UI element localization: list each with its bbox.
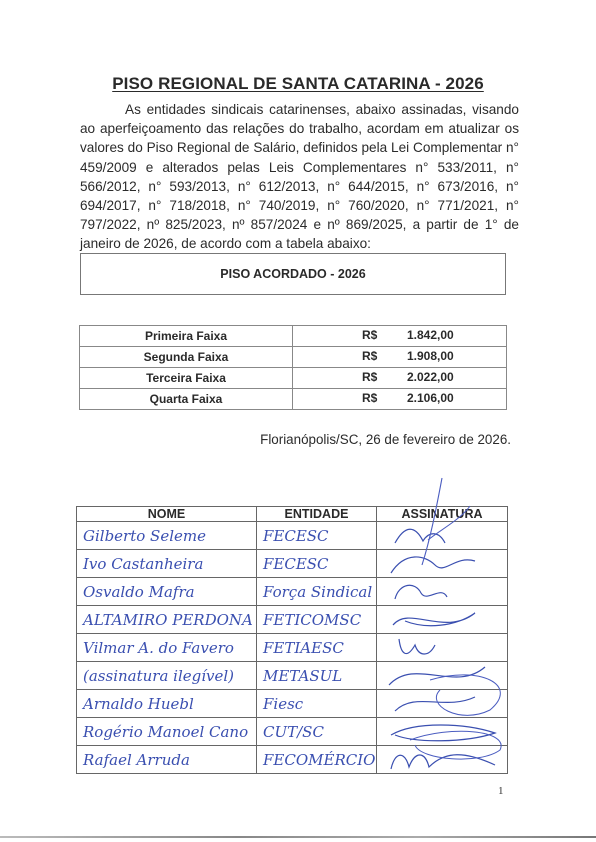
- signature-row: Rafael ArrudaFECOMÉRCIO: [77, 746, 508, 774]
- signature-scribble: [385, 663, 503, 689]
- signature-cell: [377, 550, 508, 578]
- amount: 2.022,00: [407, 370, 454, 384]
- signer-entity: Fiesc: [257, 690, 377, 718]
- signer-name: Vilmar A. do Favero: [77, 634, 257, 662]
- signer-name: (assinatura ilegível): [77, 662, 257, 690]
- faixa-label: Quarta Faixa: [80, 389, 293, 410]
- signature-cell: [377, 662, 508, 690]
- amount: 1.908,00: [407, 349, 454, 363]
- piso-acordado-heading-text: PISO ACORDADO - 2026: [220, 267, 365, 281]
- signature-cell: [377, 606, 508, 634]
- currency-symbol: R$: [362, 349, 377, 363]
- signature-header-row: NOME ENTIDADE ASSINATURA: [77, 507, 508, 522]
- signature-scribble: [385, 719, 503, 745]
- signer-name: Ivo Castanheira: [77, 550, 257, 578]
- signer-name: Rafael Arruda: [77, 746, 257, 774]
- signer-entity: METASUL: [257, 662, 377, 690]
- piso-table: Primeira FaixaR$1.842,00Segunda FaixaR$1…: [79, 325, 507, 410]
- signer-name: ALTAMIRO PERDONA: [77, 606, 257, 634]
- signer-name: Gilberto Seleme: [77, 522, 257, 550]
- signature-scribble: [385, 523, 503, 549]
- signature-row: (assinatura ilegível)METASUL: [77, 662, 508, 690]
- signer-entity: FECOMÉRCIO: [257, 746, 377, 774]
- amount: 1.842,00: [407, 328, 454, 342]
- signer-entity: FECESC: [257, 522, 377, 550]
- scan-edge-line: [0, 836, 596, 838]
- signature-cell: [377, 718, 508, 746]
- intro-paragraph: As entidades sindicais catarinenses, aba…: [80, 100, 519, 254]
- faixa-value: R$2.106,00: [293, 389, 507, 410]
- signature-cell: [377, 522, 508, 550]
- faixa-value: R$1.842,00: [293, 326, 507, 347]
- piso-row: Quarta FaixaR$2.106,00: [80, 389, 507, 410]
- signature-scribble: [385, 551, 503, 577]
- signer-name: Arnaldo Huebl: [77, 690, 257, 718]
- signature-row: Gilberto SelemeFECESC: [77, 522, 508, 550]
- signer-entity: CUT/SC: [257, 718, 377, 746]
- piso-row: Primeira FaixaR$1.842,00: [80, 326, 507, 347]
- faixa-value: R$2.022,00: [293, 368, 507, 389]
- signer-entity: Força Sindical: [257, 578, 377, 606]
- signature-row: Rogério Manoel CanoCUT/SC: [77, 718, 508, 746]
- signer-entity: FETICOMSC: [257, 606, 377, 634]
- signature-scribble: [385, 747, 503, 773]
- currency-symbol: R$: [362, 370, 377, 384]
- signature-scribble: [385, 579, 503, 605]
- signature-scribble: [385, 691, 503, 717]
- signature-cell: [377, 746, 508, 774]
- date-line: Florianópolis/SC, 26 de fevereiro de 202…: [260, 432, 511, 447]
- currency-symbol: R$: [362, 391, 377, 405]
- signature-cell: [377, 578, 508, 606]
- header-assinatura: ASSINATURA: [377, 507, 508, 522]
- intro-paragraph-text: As entidades sindicais catarinenses, aba…: [80, 102, 519, 251]
- signer-entity: FECESC: [257, 550, 377, 578]
- faixa-label: Terceira Faixa: [80, 368, 293, 389]
- faixa-label: Primeira Faixa: [80, 326, 293, 347]
- signature-cell: [377, 634, 508, 662]
- signature-cell: [377, 690, 508, 718]
- faixa-value: R$1.908,00: [293, 347, 507, 368]
- signature-row: Arnaldo HueblFiesc: [77, 690, 508, 718]
- amount: 2.106,00: [407, 391, 454, 405]
- signer-name: Osvaldo Mafra: [77, 578, 257, 606]
- signer-entity: FETIAESC: [257, 634, 377, 662]
- signature-scribble: [385, 635, 503, 661]
- header-nome: NOME: [77, 507, 257, 522]
- signature-scribble: [385, 607, 503, 633]
- signature-row: ALTAMIRO PERDONAFETICOMSC: [77, 606, 508, 634]
- piso-acordado-heading: PISO ACORDADO - 2026: [80, 253, 506, 295]
- document-title: PISO REGIONAL DE SANTA CATARINA - 2026: [0, 74, 596, 94]
- signer-name: Rogério Manoel Cano: [77, 718, 257, 746]
- signature-row: Vilmar A. do FaveroFETIAESC: [77, 634, 508, 662]
- document-title-text: PISO REGIONAL DE SANTA CATARINA - 2026: [112, 74, 484, 93]
- piso-row: Terceira FaixaR$2.022,00: [80, 368, 507, 389]
- faixa-label: Segunda Faixa: [80, 347, 293, 368]
- signature-table: NOME ENTIDADE ASSINATURA Gilberto Seleme…: [76, 506, 508, 774]
- signature-row: Ivo CastanheiraFECESC: [77, 550, 508, 578]
- header-entidade: ENTIDADE: [257, 507, 377, 522]
- currency-symbol: R$: [362, 328, 377, 342]
- piso-row: Segunda FaixaR$1.908,00: [80, 347, 507, 368]
- page-number: 1: [498, 785, 504, 797]
- signature-row: Osvaldo MafraForça Sindical: [77, 578, 508, 606]
